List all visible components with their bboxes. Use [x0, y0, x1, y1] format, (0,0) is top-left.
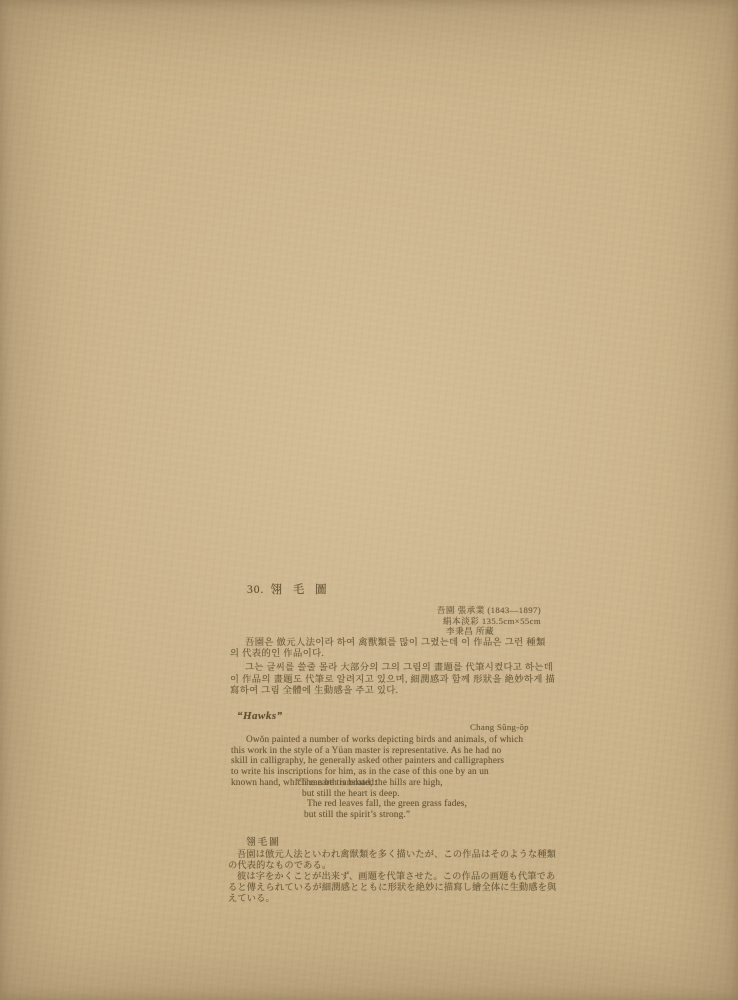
poem-line: but still the heart is deep. [302, 789, 467, 800]
scanned-catalog-page: 30.翎 毛 圖 吾園 張承業 (1843—1897) 絹本淡彩 135.5cm… [0, 0, 738, 1000]
text-line: 吾園은 倣元人法이라 하여 禽獸類를 많이 그렸는데 이 作品은 그런 種類 [230, 638, 547, 649]
text-line: えている。 [228, 893, 548, 904]
text-line: to write his inscriptions for him, as in… [231, 767, 549, 778]
credit-artist-line: 吾園 張承業 (1843—1897) [437, 605, 541, 616]
english-title: “Hawks” [237, 710, 283, 722]
poem-line: but still the spirit’s strong.” [304, 810, 467, 821]
credit-collection-line: 李秉昌 所藏 [437, 626, 541, 637]
poem-line: “The earth is broad, the hills are high, [296, 778, 467, 789]
credit-block: 吾園 張承業 (1843—1897) 絹本淡彩 135.5cm×55cm 李秉昌… [437, 605, 541, 637]
text-line: の代表的なものである。 [228, 860, 548, 871]
credit-medium-line: 絹本淡彩 135.5cm×55cm [437, 616, 541, 627]
catalog-entry-heading: 30.翎 毛 圖 [247, 581, 331, 597]
text-line: Owŏn painted a number of works depicting… [231, 735, 549, 746]
korean-description: 吾園은 倣元人法이라 하여 禽獸類를 많이 그렸는데 이 作品은 그런 種類 의… [230, 638, 547, 697]
text-line: this work in the style of a Yüan master … [231, 746, 549, 757]
text-line: ると傳えられているが細潤感とともに形狀を絶妙に描寫し繪全体に生動感を與 [228, 882, 548, 893]
text-line: 의 代表的인 作品이다. [230, 649, 547, 660]
text-line: skill in calligraphy, he generally asked… [231, 756, 549, 767]
text-line: 이 作品의 畫題도 代筆로 알려지고 있으며, 細潤感과 함께 形狀을 絶妙하게… [230, 675, 547, 686]
english-artist-name: Chang Sŭng-ŏp [470, 722, 529, 732]
poem-line: The red leaves fall, the green grass fad… [307, 799, 467, 810]
translated-inscription-poem: “The earth is broad, the hills are high,… [296, 778, 467, 820]
text-line: 吾園は倣元人法といわれ禽獣類を多く描いたが、この作品はそのような種類 [228, 849, 548, 860]
artwork-title-hanja: 翎 毛 圖 [270, 584, 330, 596]
japanese-description: 吾園は倣元人法といわれ禽獣類を多く描いたが、この作品はそのような種類 の代表的な… [228, 849, 548, 904]
artwork-number: 30. [247, 584, 264, 596]
text-line: 그는 글씨를 쓸줄 몰라 大部分의 그의 그림의 畫題를 代筆시켰다고 하는데 [230, 663, 547, 674]
text-line: 寫하여 그림 全體에 生動感을 주고 있다. [230, 686, 547, 697]
text-line: 彼は字をかくことが出来ず、画題を代筆させた。この作品の画題も代筆であ [228, 871, 548, 882]
japanese-title: 翎毛圖 [246, 834, 281, 848]
